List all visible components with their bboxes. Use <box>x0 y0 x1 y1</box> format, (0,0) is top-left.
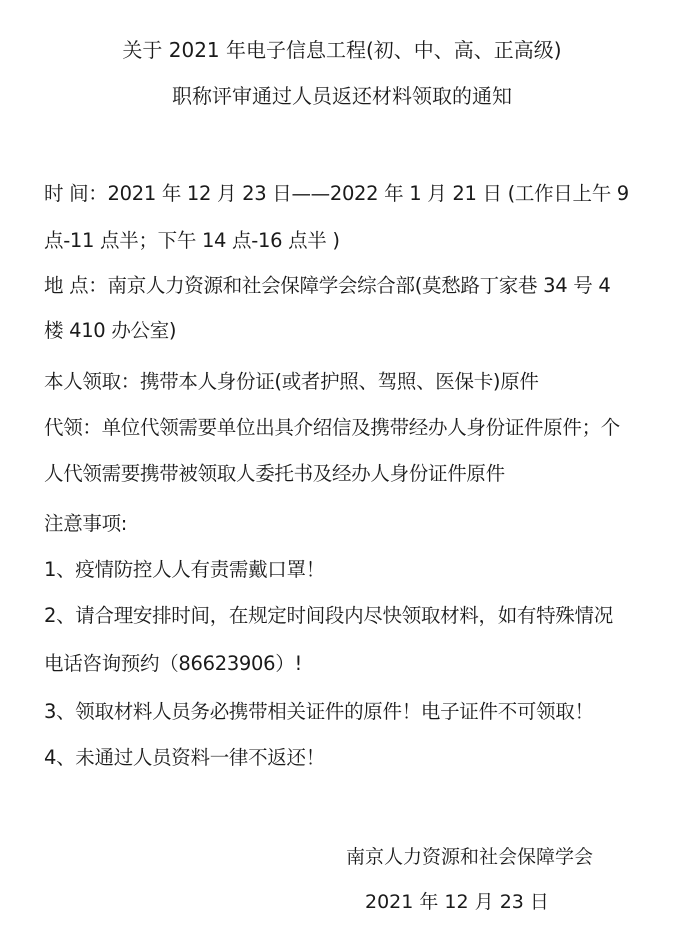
signature-date: 2021 年 12 月 23 日 <box>365 887 549 914</box>
note-item-3: 3、领取材料人员务必携带相关证件的原件！电子证件不可领取！ <box>44 696 594 724</box>
note-item-2-line-2: 电话咨询预约（86623906）! <box>44 648 302 676</box>
time-line-2: 点-11 点半；下午 14 点-16 点半 ) <box>44 225 340 253</box>
note-item-2-line-1: 2、请合理安排时间，在规定时间段内尽快领取材料，如有特殊情况 <box>44 600 613 628</box>
notice-title-line-2: 职称评审通过人员返还材料领取的通知 <box>0 80 684 109</box>
self-pickup-line: 本人领取：携带本人身份证(或者护照、驾照、医保卡)原件 <box>44 366 539 394</box>
signature-organization: 南京人力资源和社会保障学会 <box>346 842 593 869</box>
location-line-2: 楼 410 办公室) <box>44 315 176 343</box>
proxy-pickup-line-2: 人代领需要携带被领取人委托书及经办人身份证件原件 <box>44 458 505 486</box>
note-item-4: 4、未通过人员资料一律不返还！ <box>44 742 325 770</box>
location-line-1: 地 点：南京人力资源和社会保障学会综合部(莫愁路丁家巷 34 号 4 <box>44 270 610 298</box>
proxy-pickup-line-1: 代领：单位代领需要单位出具介绍信及携带经办人身份证件原件；个 <box>44 412 620 440</box>
time-line-1: 时 间：2021 年 12 月 23 日——2022 年 1 月 21 日 (工… <box>44 178 629 206</box>
notes-heading: 注意事项: <box>44 508 127 536</box>
notice-title-line-1: 关于 2021 年电子信息工程(初、中、高、正高级) <box>0 34 684 63</box>
note-item-1: 1、疫情防控人人有责需戴口罩！ <box>44 554 325 582</box>
